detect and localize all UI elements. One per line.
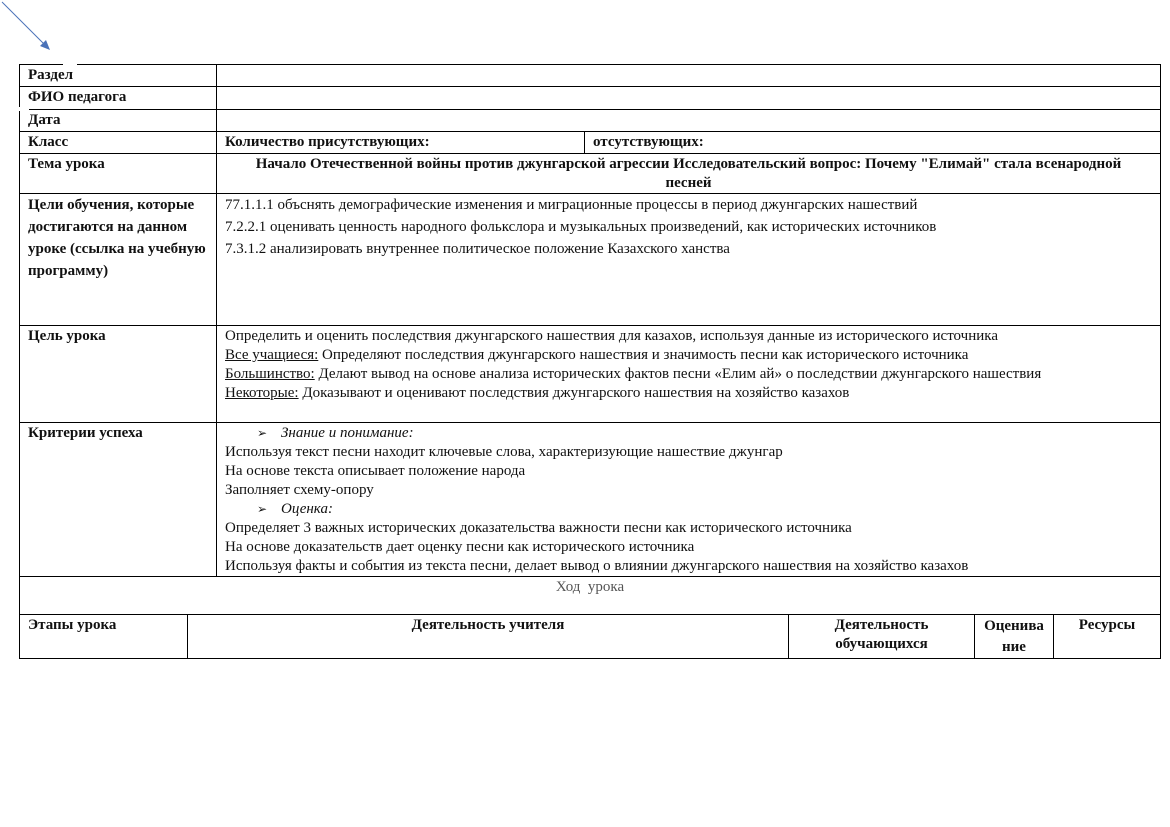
criteria-item: Определяет 3 важных исторических доказат… — [225, 519, 1152, 538]
resources-header: Ресурсы — [1053, 614, 1161, 659]
assessment-header: Оценивание — [974, 614, 1054, 659]
arrow-icon — [0, 0, 60, 60]
lesson-aim-level: Некоторые: Доказывают и оценивают послед… — [225, 384, 1152, 403]
success-criteria-content: ➢Знание и понимание: Используя текст пес… — [216, 422, 1161, 577]
class-label: Класс — [19, 131, 217, 154]
lesson-aim-level: Большинство: Делают вывод на основе анал… — [225, 365, 1152, 384]
learning-goal-item: 7.3.1.2 анализировать внутреннее политич… — [225, 238, 1152, 260]
lesson-aim-label: Цель урока — [19, 325, 217, 423]
level-text: Определяют последствия джунгарского наше… — [318, 347, 968, 363]
arrow-bullet-icon: ➢ — [257, 424, 281, 443]
lesson-aim-level: Все учащиеся: Определяют последствия джу… — [225, 346, 1152, 365]
criteria-item: Используя факты и события из текста песн… — [225, 557, 1152, 576]
learning-goals-label: Цели обучения, которые достигаются на да… — [19, 193, 217, 326]
teacher-name-label: ФИО педагога — [19, 86, 217, 110]
learning-goal-item: 7.2.2.1 оценивать ценность народного фол… — [225, 216, 1152, 238]
criteria-group-heading: ➢Оценка: — [225, 500, 1152, 519]
stages-header: Этапы урока — [19, 614, 188, 659]
lesson-progress-heading: Ход урока — [19, 576, 1161, 615]
level-text: Доказывают и оценивают последствия джунг… — [299, 385, 850, 401]
topic-value: Начало Отечественной войны против джунга… — [216, 153, 1161, 194]
criteria-item: На основе текста описывает положение нар… — [225, 462, 1152, 481]
section-value[interactable] — [216, 64, 1161, 87]
student-activity-header: Деятельность обучающихся — [788, 614, 975, 659]
section-label: Раздел — [19, 64, 217, 87]
level-who: Некоторые: — [225, 385, 299, 401]
teacher-activity-header: Деятельность учителя — [187, 614, 789, 659]
level-who: Все учащиеся: — [225, 347, 318, 363]
criteria-item: Используя текст песни находит ключевые с… — [225, 443, 1152, 462]
criteria-item: Заполняет схему-опору — [225, 481, 1152, 500]
lesson-aim-content: Определить и оценить последствия джунгар… — [216, 325, 1161, 423]
teacher-name-value[interactable] — [216, 86, 1161, 110]
learning-goals-list: 77.1.1.1 объснять демографические измене… — [216, 193, 1161, 326]
present-count-label: Количество присутствующих: — [216, 131, 585, 154]
criteria-group-heading: ➢Знание и понимание: — [225, 424, 1152, 443]
learning-goal-item: 77.1.1.1 объснять демографические измене… — [225, 194, 1152, 216]
date-label: Дата — [19, 109, 217, 132]
arrow-bullet-icon: ➢ — [257, 500, 281, 519]
topic-label: Тема урока — [19, 153, 217, 194]
success-criteria-label: Критерии успеха — [19, 422, 217, 577]
absent-count-label: отсутствующих: — [584, 131, 1161, 154]
level-text: Делают вывод на основе анализа историчес… — [315, 366, 1042, 382]
date-value[interactable] — [216, 109, 1161, 132]
lesson-aim-intro: Определить и оценить последствия джунгар… — [225, 327, 1152, 346]
criteria-item: На основе доказательств дает оценку песн… — [225, 538, 1152, 557]
level-who: Большинство: — [225, 366, 315, 382]
